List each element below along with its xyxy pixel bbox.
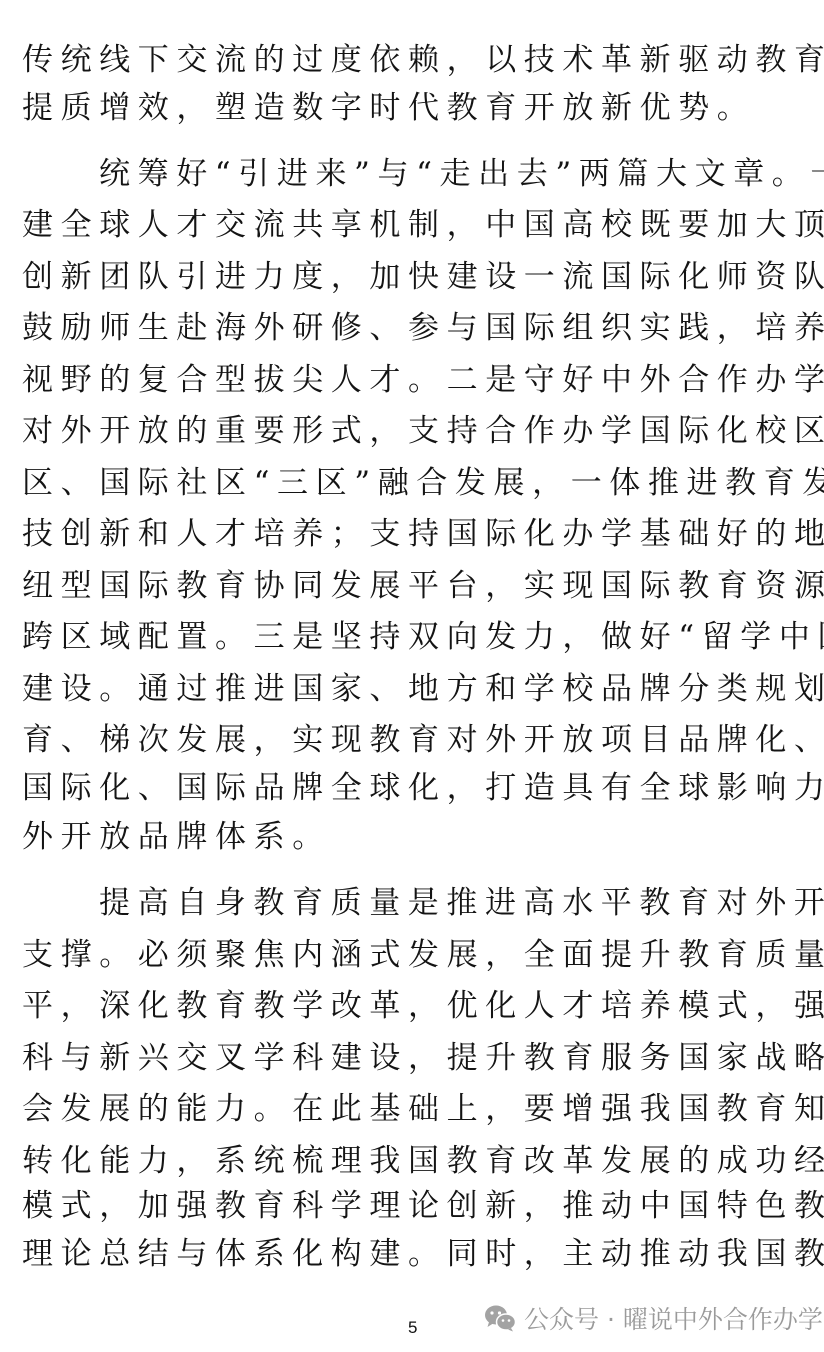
watermark-text: 公众号 · 曜说中外合作办学: [524, 1300, 823, 1336]
text-line: 建全球人才交流共享机制，中国高校既要加大顶尖人才和: [22, 205, 824, 245]
text-line: 建设。通过推进国家、地方和学校品牌分类规划、分类培: [22, 669, 824, 709]
text-line: 鼓励师生赴海外研修、参与国际组织实践，培养具有全球: [22, 308, 824, 348]
text-line: 支撑。必须聚焦内涵式发展，全面提升教育质量与办学水: [22, 935, 824, 975]
text-line: 会发展的能力。在此基础上，要增强我国教育知识研究和: [22, 1089, 824, 1129]
page-number: 5: [408, 1316, 417, 1340]
text-line: 科与新兴交叉学科建设，提升教育服务国家战略与经济社: [22, 1038, 824, 1078]
text-line: 国际化、国际品牌全球化，打造具有全球影响力的教育对: [22, 768, 824, 808]
text-line: 外开放品牌体系。: [22, 817, 331, 857]
wechat-icon: [484, 1304, 516, 1332]
text-line: 传统线下交流的过度依赖，以技术革新驱动教育对外开放: [22, 40, 824, 80]
text-line: 平，深化教育教学改革，优化人才培养模式，强化基础学: [22, 986, 824, 1026]
text-line: 模式，加强教育科学理论创新，推动中国特色教育知识的: [22, 1186, 824, 1226]
text-line: 提质增效，塑造数字时代教育开放新优势。: [22, 88, 755, 128]
text-line: 统筹好“引进来”与“走出去”两篇大文章。一是构: [99, 154, 824, 194]
text-line: 跨区域配置。三是坚持双向发力，做好“留学中国”品牌: [22, 617, 824, 657]
text-line: 纽型国际教育协同发展平台，实现国际教育资源集成化、: [22, 566, 824, 606]
text-line: 理论总结与体系化构建。同时，主动推动我国教育知识的: [22, 1234, 824, 1274]
text-line: 对外开放的重要形式，支持合作办学国际化校区与科技园: [22, 411, 824, 451]
text-line: 区、国际社区“三区”融合发展，一体推进教育发展、科: [22, 463, 824, 503]
text-line: 转化能力，系统梳理我国教育改革发展的成功经验与实践: [22, 1141, 824, 1181]
text-line: 技创新和人才培养；支持国际化办学基础好的地区打造枢: [22, 514, 824, 554]
text-line: 提高自身教育质量是推进高水平教育对外开放的根本: [99, 883, 824, 923]
text-line: 育、梯次发展，实现教育对外开放项目品牌化、国内品牌: [22, 720, 824, 760]
wechat-watermark: 公众号 · 曜说中外合作办学: [484, 1302, 823, 1334]
text-line: 创新团队引进力度，加快建设一流国际化师资队伍，也要: [22, 257, 824, 297]
document-page: 传统线下交流的过度依赖，以技术革新驱动教育对外开放 提质增效，塑造数字时代教育开…: [0, 0, 824, 1352]
text-line: 视野的复合型拔尖人才。二是守好中外合作办学这一教育: [22, 360, 824, 400]
